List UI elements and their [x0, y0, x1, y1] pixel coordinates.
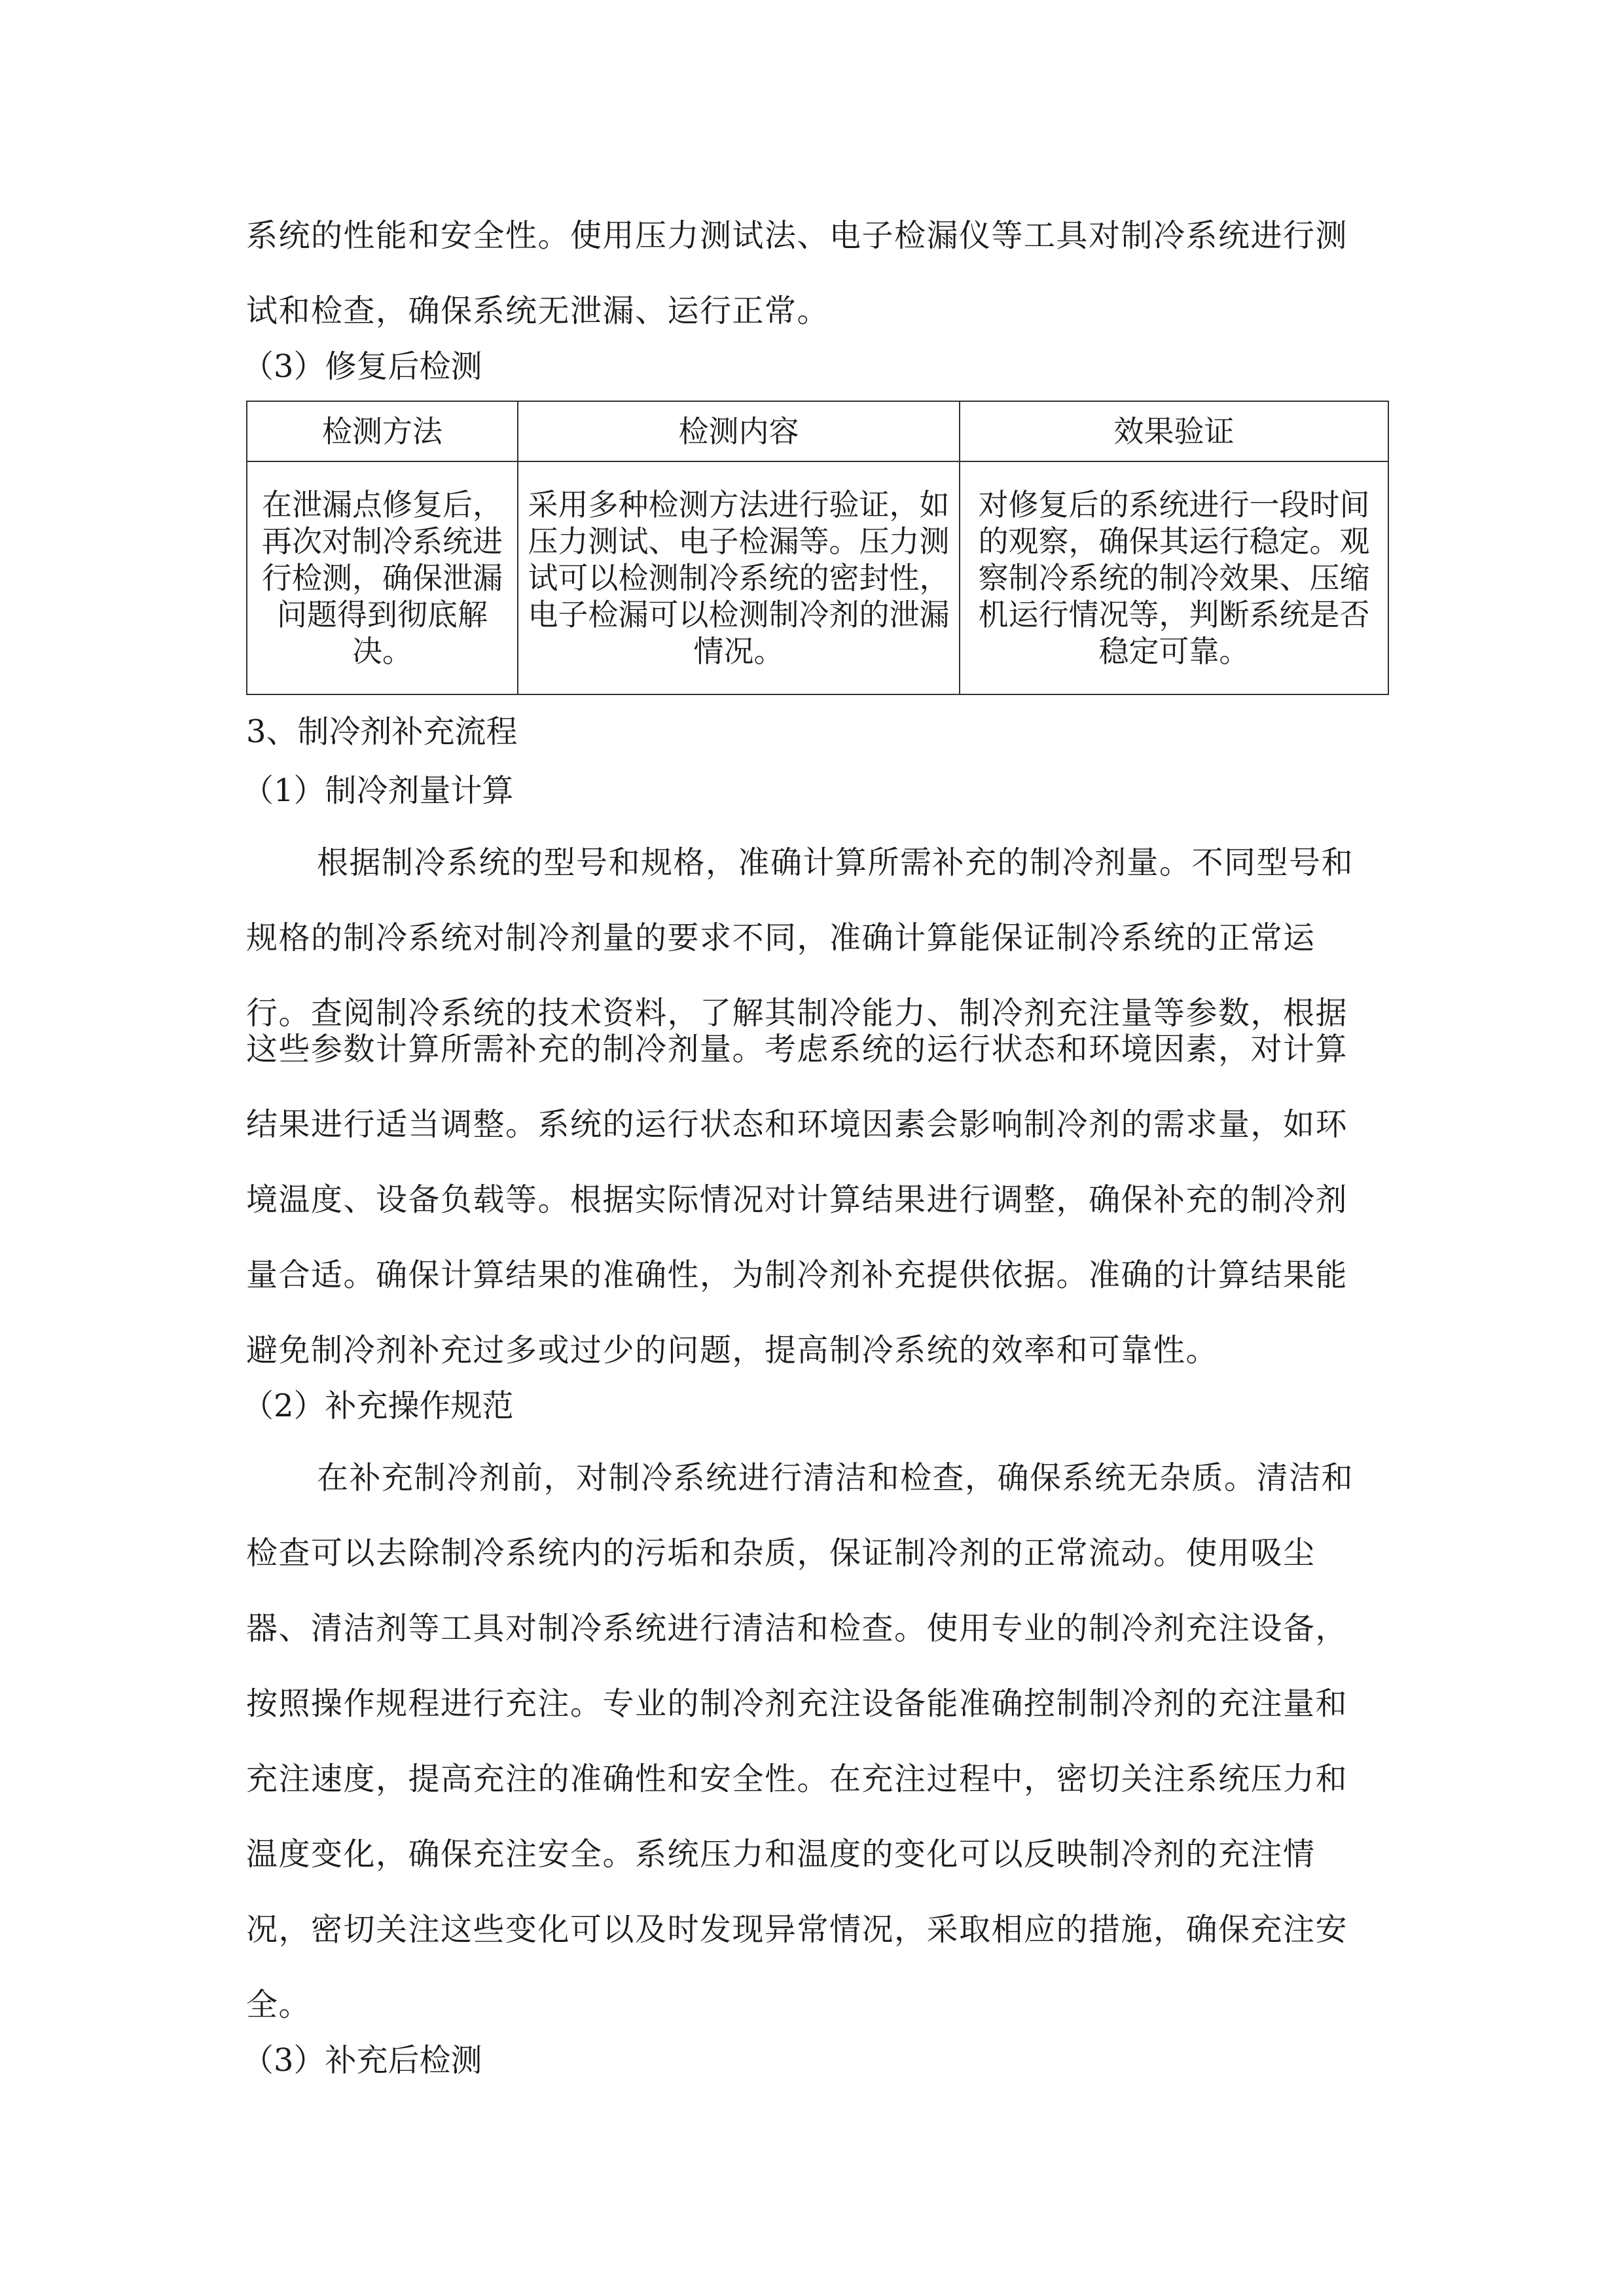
- paragraph-line: 在补充制冷剂前，对制冷系统进行清洁和检查，确保系统无杂质。清洁和: [317, 1458, 1354, 1498]
- table-header-row: 检测方法 检测内容 效果验证: [247, 401, 1388, 461]
- paragraph-line: 量合适。确保计算结果的准确性，为制冷剂补充提供依据。准确的计算结果能: [246, 1255, 1348, 1295]
- paragraph-line: 检查可以去除制冷系统内的污垢和杂质，保证制冷剂的正常流动。使用吸尘: [246, 1534, 1316, 1573]
- paragraph-line: 根据制冷系统的型号和规格，准确计算所需补充的制冷剂量。不同型号和: [317, 843, 1354, 882]
- table-header-cell: 检测内容: [518, 401, 960, 461]
- subsection-heading-after-check: （3）补充后检测: [242, 2041, 482, 2080]
- paragraph-line: 这些参数计算所需补充的制冷剂量。考虑系统的运行状态和环境因素，对计算: [246, 1030, 1348, 1069]
- paragraph-line: 结果进行适当调整。系统的运行状态和环境因素会影响制冷剂的需求量，如环: [246, 1105, 1348, 1144]
- paragraph-line: 试和检查，确保系统无泄漏、运行正常。: [246, 291, 829, 331]
- table-cell-content: 采用多种检测方法进行验证，如压力测试、电子检漏等。压力测试可以检测制冷系统的密封…: [518, 461, 960, 694]
- paragraph-line: 器、清洁剂等工具对制冷系统进行清洁和检查。使用专业的制冷剂充注设备，: [246, 1609, 1348, 1648]
- subsection-heading-operation: （2）补充操作规范: [242, 1386, 514, 1426]
- paragraph-line: 充注速度，提高充注的准确性和安全性。在充注过程中，密切关注系统压力和: [246, 1759, 1348, 1799]
- paragraph-line: 温度变化，确保充注安全。系统压力和温度的变化可以反映制冷剂的充注情: [246, 1835, 1316, 1874]
- paragraph-line: 规格的制冷系统对制冷剂量的要求不同，准确计算能保证制冷系统的正常运: [246, 918, 1316, 958]
- paragraph-line: 按照操作规程进行充注。专业的制冷剂充注设备能准确控制制冷剂的充注量和: [246, 1684, 1348, 1723]
- subsection-heading-calc: （1）制冷剂量计算: [242, 771, 514, 810]
- table-cell-method: 在泄漏点修复后，再次对制冷系统进行检测，确保泄漏问题得到彻底解决。: [247, 461, 518, 694]
- paragraph-line: 况，密切关注这些变化可以及时发现异常情况，采取相应的措施，确保充注安: [246, 1910, 1348, 1949]
- paragraph-line: 避免制冷剂补充过多或过少的问题，提高制冷系统的效率和可靠性。: [246, 1331, 1218, 1370]
- table-row: 在泄漏点修复后，再次对制冷系统进行检测，确保泄漏问题得到彻底解决。 采用多种检测…: [247, 461, 1388, 694]
- paragraph-line: 系统的性能和安全性。使用压力测试法、电子检漏仪等工具对制冷系统进行测: [246, 216, 1348, 255]
- section-heading-repair-check: （3）修复后检测: [242, 347, 482, 386]
- table-header-cell: 效果验证: [960, 401, 1388, 461]
- section-heading-refrigerant-process: 3、制冷剂补充流程: [246, 712, 518, 751]
- repair-check-table: 检测方法 检测内容 效果验证 在泄漏点修复后，再次对制冷系统进行检测，确保泄漏问…: [246, 401, 1389, 695]
- paragraph-line: 行。查阅制冷系统的技术资料，了解其制冷能力、制冷剂充注量等参数，根据: [246, 994, 1348, 1033]
- table-cell-verification: 对修复后的系统进行一段时间的观察，确保其运行稳定。观察制冷系统的制冷效果、压缩机…: [960, 461, 1388, 694]
- paragraph-line: 境温度、设备负载等。根据实际情况对计算结果进行调整，确保补充的制冷剂: [246, 1180, 1348, 1219]
- paragraph-line: 全。: [246, 1985, 311, 2024]
- table-header-cell: 检测方法: [247, 401, 518, 461]
